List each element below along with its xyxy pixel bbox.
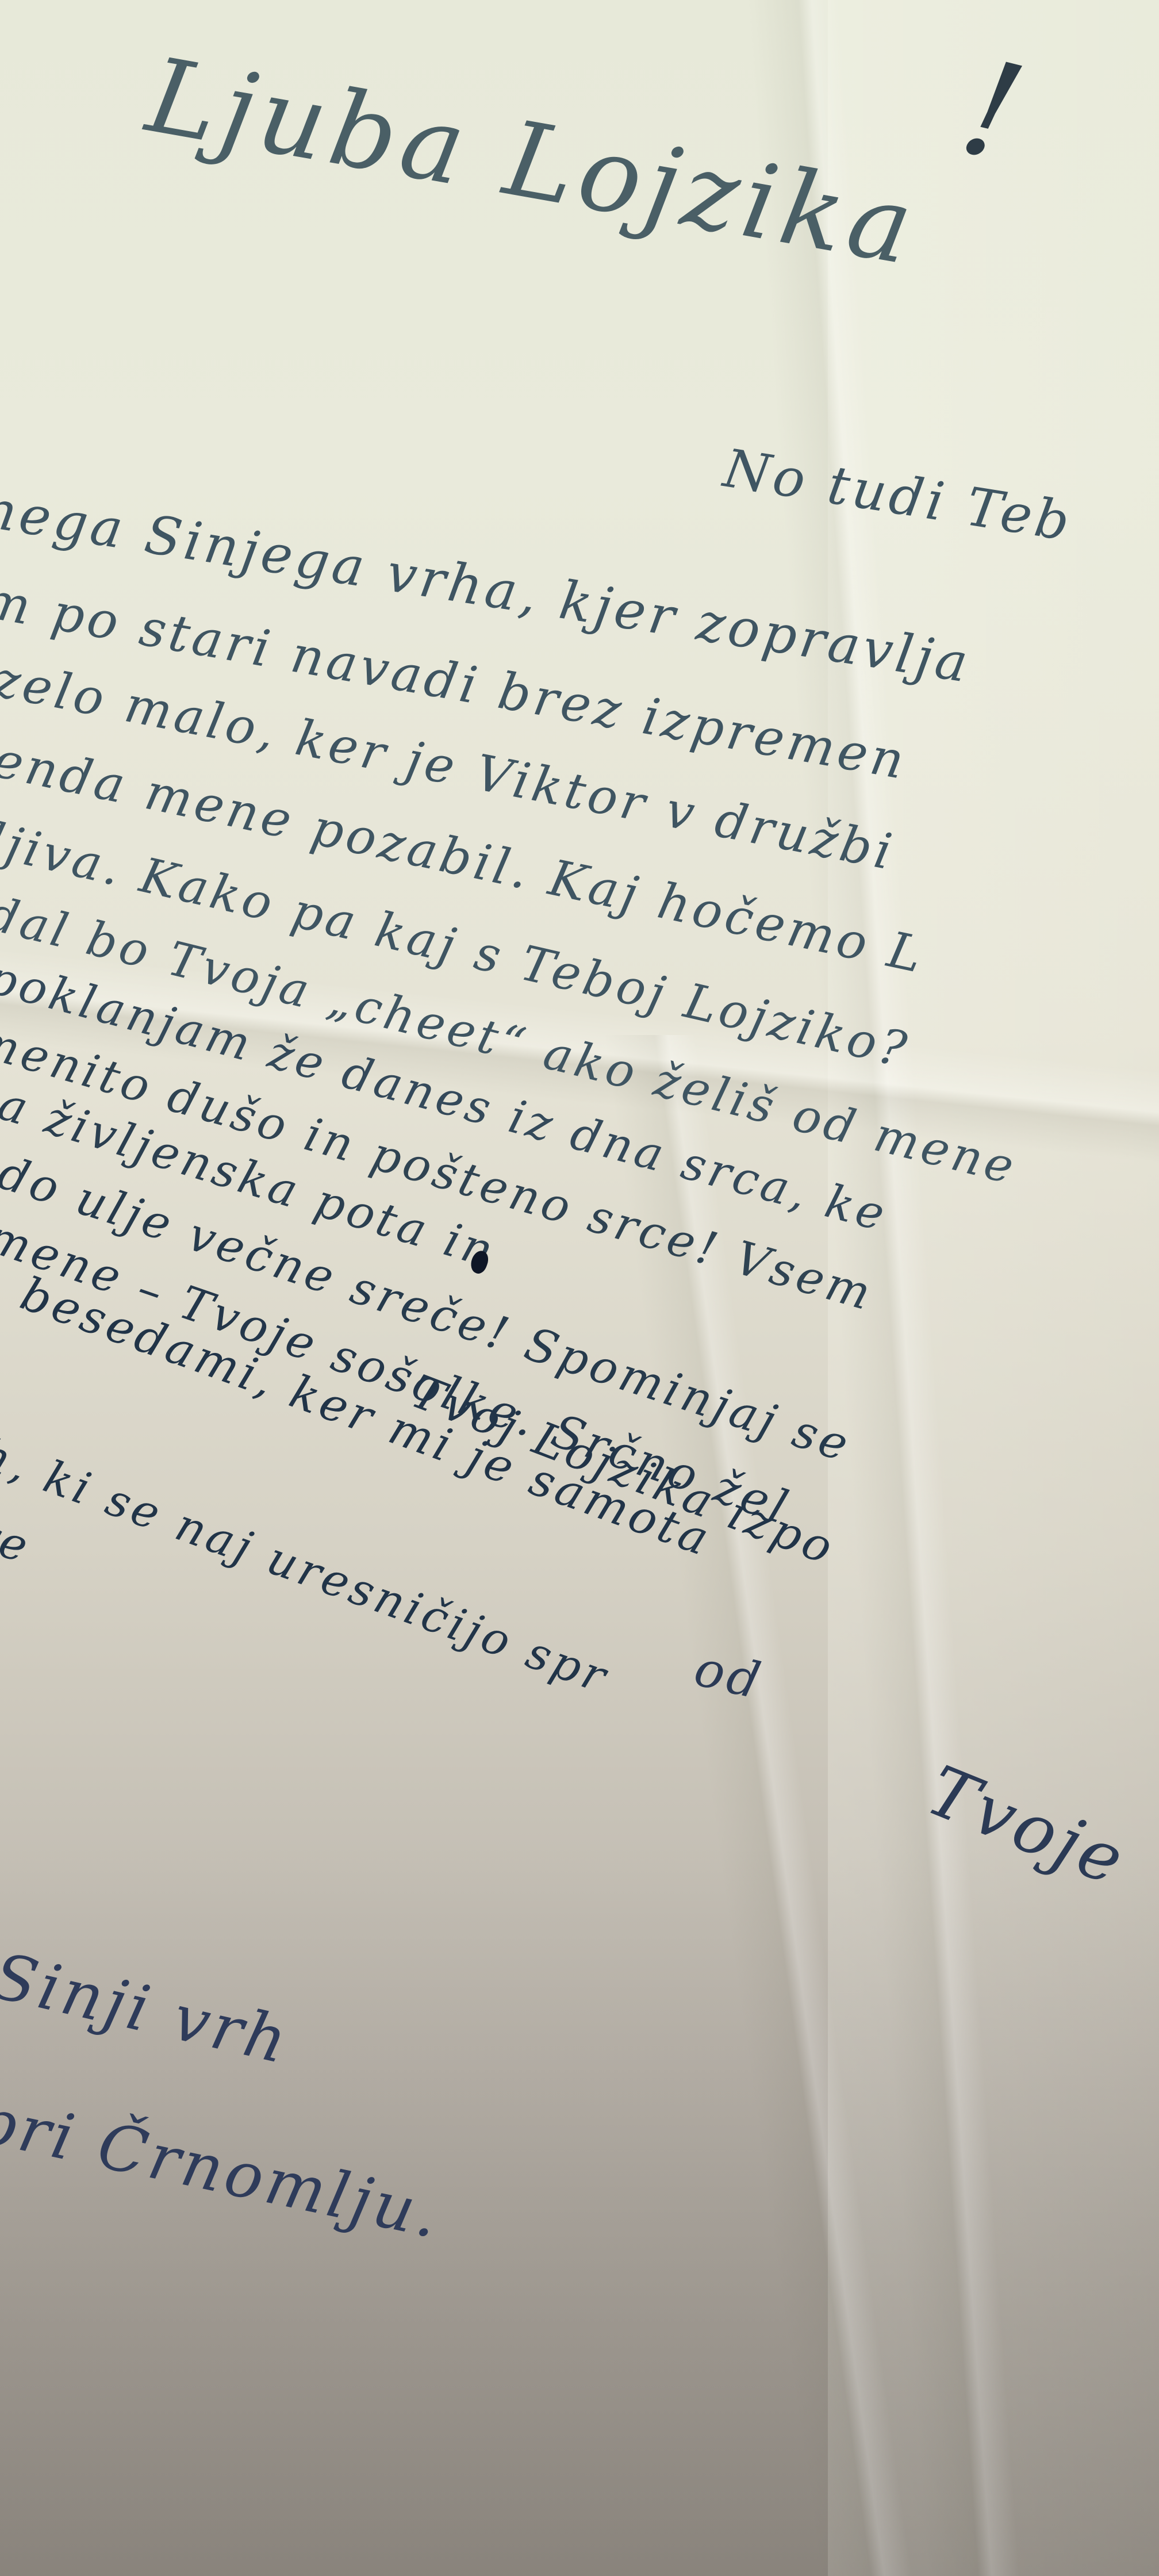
paper-shadow: [0, 1840, 1159, 2576]
body-line: re: [0, 1508, 37, 1574]
letter-paper: Ljuba Lojzika ! No tudi Teb nega Sinjega…: [0, 0, 1159, 2576]
